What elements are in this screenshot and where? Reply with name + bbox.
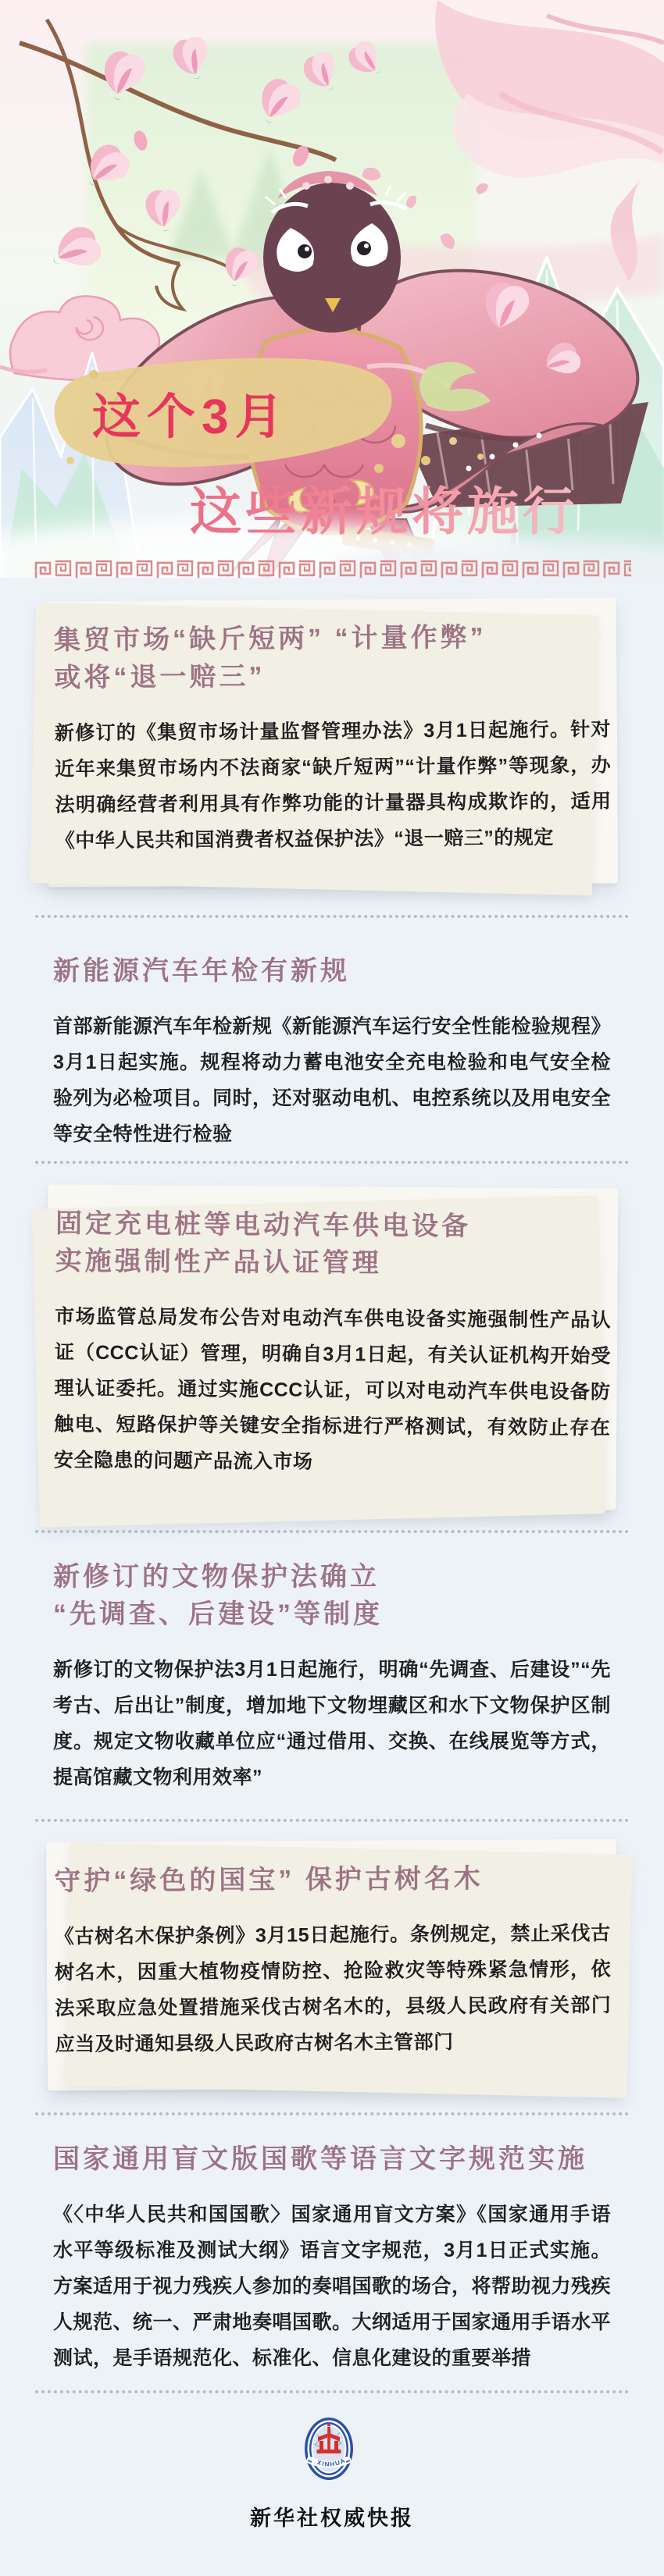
section-body: 首部新能源汽车年检新规《新能源汽车运行安全性能检验规程》3月1日起实施。规程将动… xyxy=(53,1009,611,1152)
section-heading: 国家通用盲文版国歌等语言文字规范实施 xyxy=(53,2140,611,2178)
section-heading-line: 新能源汽车年检有新规 xyxy=(53,952,611,990)
section-heading-line: 新修订的文物保护法确立 xyxy=(53,1558,611,1596)
section-heading-line: “先调查、后建设”等制度 xyxy=(53,1596,611,1633)
dotted-separator xyxy=(35,2112,629,2115)
section-heading: 新修订的文物保护法确立 “先调查、后建设”等制度 xyxy=(53,1558,611,1633)
section-cultural-relics-law: 新修订的文物保护法确立 “先调查、后建设”等制度 新修订的文物保护法3月1日起施… xyxy=(53,1558,611,1795)
section-heading-line: 集贸市场“缺斤短两” “计量作弊” xyxy=(54,618,610,660)
page-title-line1: 这个3月 xyxy=(92,378,289,447)
section-card-charging-ccc: 固定充电桩等电动汽车供电设备 实施强制性产品认证管理 市场监管总局发布公告对电动… xyxy=(46,1184,619,1510)
section-ev-inspection: 新能源汽车年检有新规 首部新能源汽车年检新规《新能源汽车运行安全性能检验规程》3… xyxy=(53,952,611,1152)
section-body: 市场监管总局发布公告对电动汽车供电设备实施强制性产品认证（CCC认证）管理，明确… xyxy=(52,1299,612,1482)
section-heading-line: 或将“退一赔三” xyxy=(54,656,610,697)
section-heading-line: 国家通用盲文版国歌等语言文字规范实施 xyxy=(53,2140,611,2178)
section-heading-line: 固定充电桩等电动汽车供电设备 xyxy=(55,1205,612,1247)
section-heading: 守护“绿色的国宝” 保护古树名木 xyxy=(52,1859,610,1900)
section-card-ancient-trees: 守护“绿色的国宝” 保护古树名木 《古树名木保护条例》3月15日起施行。条例规定… xyxy=(46,1839,618,2090)
page-title-line2: 这些新规将施行 xyxy=(190,470,578,544)
section-heading-line: 守护“绿色的国宝” 保护古树名木 xyxy=(54,1859,610,1900)
section-body: 新修订的文物保护法3月1日起施行，明确“先调查、后建设”“先考古、后出让”制度，… xyxy=(53,1652,611,1795)
section-heading: 集贸市场“缺斤短两” “计量作弊” 或将“退一赔三” xyxy=(52,618,611,697)
section-heading-line: 实施强制性产品认证管理 xyxy=(55,1243,612,1284)
xinhua-logo-icon: XINHUA xyxy=(304,2417,354,2481)
section-card-market-metrology: 集贸市场“缺斤短两” “计量作弊” 或将“退一赔三” 新修订的《集贸市场计量监督… xyxy=(46,597,619,887)
dotted-separator xyxy=(35,915,629,918)
footer-caption: 新华社权威快报 xyxy=(0,2501,664,2532)
section-heading: 固定充电桩等电动汽车供电设备 实施强制性产品认证管理 xyxy=(54,1205,612,1284)
section-body: 《古树名木保护条例》3月15日起施行。条例规定，禁止采伐古树名木，因重大植物疫情… xyxy=(53,1916,612,2062)
section-body: 新修订的《集贸市场计量监督管理办法》3月1日起施行。针对近年来集贸市场内不法商家… xyxy=(53,712,612,859)
meander-border-icon xyxy=(33,559,631,579)
dotted-separator xyxy=(35,1530,629,1533)
infographic-page: 这个3月 这些新规将施行 集贸市场“缺斤短两” “计量作弊” 或将“退一赔三” … xyxy=(0,0,664,2576)
dotted-separator xyxy=(35,1161,629,1164)
dotted-separator xyxy=(35,1819,629,1822)
section-heading: 新能源汽车年检有新规 xyxy=(53,952,611,990)
section-braille-anthem: 国家通用盲文版国歌等语言文字规范实施 《〈中华人民共和国国歌〉国家通用盲文方案》… xyxy=(53,2140,611,2376)
dotted-separator xyxy=(35,2390,629,2393)
section-body: 《〈中华人民共和国国歌〉国家通用盲文方案》《国家通用手语水平等级标准及测试大纲》… xyxy=(53,2197,611,2376)
